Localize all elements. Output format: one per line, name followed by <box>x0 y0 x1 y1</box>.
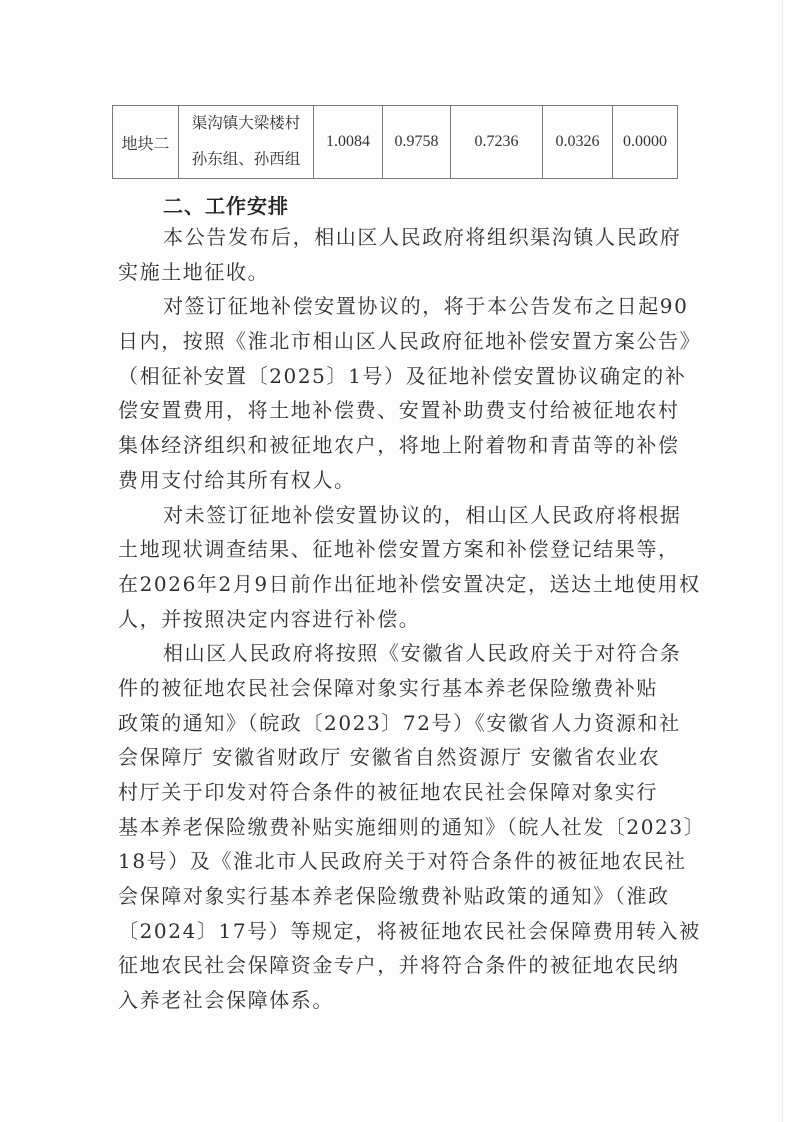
text-line: 入养老社会保障体系。 <box>118 983 678 1018</box>
text-line: 件的被征地农民社会保障对象实行基本养老保险缴费补贴 <box>118 671 678 706</box>
value-cell: 0.7236 <box>451 106 543 179</box>
text-line: 〔2024〕17号）等规定，将被征地农民社会保障费用转入被 <box>118 914 678 949</box>
value-cell: 0.0000 <box>613 106 678 179</box>
text-line: （相征补安置〔2025〕1号）及征地补偿安置协议确定的补 <box>118 359 678 394</box>
text-line: 18号）及《淮北市人民政府关于对符合条件的被征地农民社 <box>118 844 678 879</box>
text-line: 会保障厅 安徽省财政厅 安徽省自然资源厅 安徽省农业农 <box>118 740 678 775</box>
text-line: 对签订征地补偿安置协议的，将于本公告发布之日起90 <box>118 289 678 324</box>
text-line: 会保障对象实行基本养老保险缴费补贴政策的通知》（淮政 <box>118 879 678 914</box>
location-line: 孙东组、孙西组 <box>179 142 313 178</box>
plot-name-cell: 地块二 <box>113 106 179 179</box>
text-line: 人，并按照决定内容进行补偿。 <box>118 602 678 637</box>
value-cell: 1.0084 <box>314 106 383 179</box>
text-line: 相山区人民政府将按照《安徽省人民政府关于对符合条 <box>118 636 678 671</box>
text-line: 在2026年2月9日前作出征地补偿安置决定，送达土地使用权 <box>118 567 678 602</box>
text-line: 实施土地征收。 <box>118 255 678 290</box>
land-table: 地块二 渠沟镇大梁楼村 孙东组、孙西组 1.0084 0.9758 0.7236… <box>112 105 678 179</box>
text-line: 偿安置费用，将土地补偿费、安置补助费支付给被征地农村 <box>118 393 678 428</box>
text-line: 本公告发布后，相山区人民政府将组织渠沟镇人民政府 <box>118 220 678 255</box>
body-text: 本公告发布后，相山区人民政府将组织渠沟镇人民政府实施土地征收。对签订征地补偿安置… <box>118 220 678 1018</box>
scan-edge-line <box>782 0 783 1122</box>
text-line: 日内，按照《淮北市相山区人民政府征地补偿安置方案公告》 <box>118 324 678 359</box>
text-line: 土地现状调查结果、征地补偿安置方案和补偿登记结果等， <box>118 532 678 567</box>
section-heading: 二、工作安排 <box>163 190 289 219</box>
text-line: 基本养老保险缴费补贴实施细则的通知》（皖人社发〔2023〕 <box>118 810 678 845</box>
text-line: 集体经济组织和被征地农户，将地上附着物和青苗等的补偿 <box>118 428 678 463</box>
text-line: 对未签订征地补偿安置协议的，相山区人民政府将根据 <box>118 498 678 533</box>
value-cell: 0.9758 <box>383 106 451 179</box>
text-line: 征地农民社会保障资金专户，并将符合条件的被征地农民纳 <box>118 948 678 983</box>
location-line: 渠沟镇大梁楼村 <box>179 106 313 142</box>
text-line: 费用支付给其所有权人。 <box>118 463 678 498</box>
text-line: 村厅关于印发对符合条件的被征地农民社会保障对象实行 <box>118 775 678 810</box>
text-line: 政策的通知》（皖政〔2023〕72号）《安徽省人力资源和社 <box>118 706 678 741</box>
value-cell: 0.0326 <box>543 106 613 179</box>
location-cell: 渠沟镇大梁楼村 孙东组、孙西组 <box>179 106 314 179</box>
table-row: 地块二 渠沟镇大梁楼村 孙东组、孙西组 1.0084 0.9758 0.7236… <box>113 106 678 179</box>
